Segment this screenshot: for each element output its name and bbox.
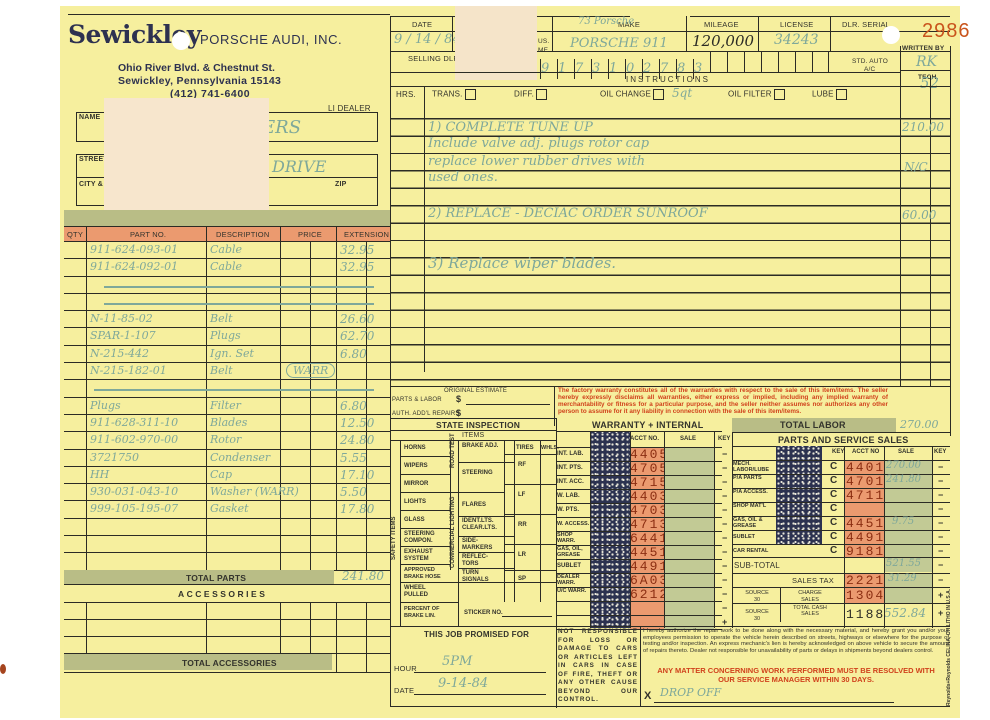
col-part-no: PART NO. [130,230,166,239]
total-parts-bar: TOTAL PARTS [64,570,334,584]
street-value: DRIVE [272,157,326,176]
col-qty: QTY [67,230,83,239]
written-by-label: WRITTEN BY [902,45,944,52]
subtotal-row[interactable]: SUB-TOTAL 521.55 − [732,558,950,574]
date-value: 9 / 14 / 84 [394,32,461,47]
parts-row[interactable]: 911-624-092-01Cable32.95 [64,259,390,276]
parts-row[interactable]: SPAR-1-107Plugs62.70 [64,328,390,345]
col-description: DESCRIPTION [216,230,269,239]
mileage-value: 120,000 [692,32,754,50]
instruction-line: Include valve adj. plugs rotor cap [428,136,649,151]
warranty-row[interactable]: SUBLET4491− [556,560,722,574]
form-number: 2986 [922,20,971,43]
stain-mark [0,664,6,674]
col-extension: EXTENSION [344,230,389,239]
total-labor-value: 270.00 [900,418,939,431]
parts-row[interactable]: 911-602-970-00Rotor24.80 [64,432,390,449]
instruction-line: replace lower rubber drives with [428,154,645,169]
oil-filter-option[interactable]: OIL FILTER [728,89,785,100]
sales-col-headers: KEY ACCT NO SALE KEY [732,446,950,460]
city-label: CITY & [79,181,103,188]
sales-row[interactable]: MECH. LABOR/LUBEC4401270.00− [732,460,950,474]
sales-row[interactable]: CAR RENTALC9181− [732,544,950,558]
sticker-input[interactable] [502,616,552,617]
instruction-line: 2) REPLACE - DECIAC ORDER SUNROOF [428,206,708,221]
parts-row[interactable] [64,519,390,536]
parts-row[interactable]: 999-105-195-07Gasket17.80 [64,501,390,518]
trans-checkbox[interactable] [465,89,476,100]
parts-row[interactable]: PlugsFilter6.80 [64,398,390,415]
selling-dlr-label: SELLING DLR. [408,54,461,63]
written-by-value: RK [916,54,937,70]
top-rule [68,14,390,15]
license-value: 34243 [774,32,819,48]
not-responsible-notice: NOT RESPONSIBLE FOR LOSS OR DAMAGE TO CA… [558,628,638,705]
parts-row[interactable]: 930-031-043-10Washer (WARR)5.50 [64,484,390,501]
total-labor-label: TOTAL LABOR [780,420,846,430]
sales-row[interactable]: GAS, OIL & GREASEC44519.75− [732,516,950,530]
sales-row[interactable]: P/A ACCESS.C4711− [732,488,950,502]
total-accessories-bar: TOTAL ACCESSORIES [64,654,332,670]
parts-row[interactable]: N-215-182-01BeltWARR [64,363,390,380]
total-parts-label: TOTAL PARTS [186,573,246,583]
redaction-block-top [455,6,537,80]
diff-option[interactable]: DIFF. [514,89,547,100]
punch-hole [172,32,190,50]
date-input[interactable] [414,694,546,695]
original-estimate: ORIGINAL ESTIMATE PARTS & LABOR $ AUTH. … [390,386,554,420]
parts-row[interactable]: 3721750Condenser5.55 [64,450,390,467]
parts-row[interactable] [64,380,390,397]
instruction-amount: 60.00 [902,208,936,222]
warranty-row[interactable]: W. LAB.4403− [556,490,722,504]
name-label: NAME [79,114,100,121]
hour-input[interactable] [414,672,546,673]
signature-line[interactable] [654,702,894,703]
warranty-row[interactable]: − [556,602,722,616]
hrs-label: HRS. [396,90,416,99]
mileage-label: MILEAGE [704,20,739,29]
warranty-row[interactable]: SHOP WARR.6441− [556,532,722,546]
col-price: PRICE [298,230,322,239]
lube-option[interactable]: LUBE [812,89,847,100]
punch-hole [882,26,900,44]
parts-row[interactable]: N-215-442Ign. Set6.80 [64,346,390,363]
inspection-items-label: ITEMS [462,432,484,439]
instruction-line: 1) COMPLETE TUNE UP [428,120,593,135]
cash-sales-row[interactable]: SOURCE 30 TOTAL CASH SALES 1188 552.84 + [732,604,950,626]
oil-change-option[interactable]: OIL CHANGE [600,89,664,100]
dealer-address-2: Sewickley, Pennsylvania 15143 [118,75,281,87]
trans-option[interactable]: TRANS. [432,89,476,100]
total-parts-value: 241.80 [342,569,384,583]
hour-value: 5PM [442,654,472,669]
service-options-row: HRS. TRANS. DIFF. OIL CHANGE 5qt OIL FIL… [390,86,900,102]
inspection-grid[interactable]: SAFETY ITEMS ROAD TEST COMMERCIAL LIGHTI… [390,440,556,626]
sales-row[interactable]: SUBLETC4491− [732,530,950,544]
oil-change-checkbox[interactable] [653,89,664,100]
signature-value: DROP OFF [660,686,721,699]
sales-row[interactable]: P/A PARTSC4701241.80− [732,474,950,488]
warranty-row[interactable]: INT. ACC.4715− [556,476,722,490]
vin-boxes[interactable]: 9173102783 [540,52,829,72]
dealer-address-1: Ohio River Blvd. & Chestnut St. [118,62,275,74]
parts-row[interactable]: 911-628-311-10Blades12.50 [64,415,390,432]
parts-row[interactable]: HHCap17.10 [64,467,390,484]
charge-sales-row[interactable]: SOURCE 30 CHARGE SALES 1304 + [732,588,950,604]
model-value: PORSCHE 911 [570,36,668,51]
parts-row[interactable]: 911-624-093-01Cable32.95 [64,242,390,259]
warranty-row[interactable]: W. PTS.4703− [556,504,722,518]
printer-note: Reynolds+Reynolds CELINA, OH LITHO IN U.… [946,589,952,706]
promised-header: THIS JOB PROMISED FOR [424,630,529,639]
serial-label: DLR. SERIAL [842,20,890,29]
lube-checkbox[interactable] [836,89,847,100]
zip-label: ZIP [335,181,347,188]
repair-order-form: Sewickley PORSCHE AUDI, INC. Ohio River … [60,6,960,718]
parts-row[interactable]: N-11-85-02Belt26.60 [64,311,390,328]
job-promised-box: THIS JOB PROMISED FOR HOUR 5PM DATE 9-14… [390,626,556,706]
make-value: 73 Porsche [578,16,634,27]
warranty-internal-rows: INT. LAB.4405− INT. PTS.4705− INT. ACC.4… [556,448,722,630]
dealer-company: PORSCHE AUDI, INC. [200,32,342,47]
warranty-row[interactable]: W. ACCESS.4713− [556,518,722,532]
instruction-amount: N/C [904,160,928,174]
parts-header: QTY PART NO. DESCRIPTION PRICE EXTENSION [64,226,390,242]
oil-change-note: 5qt [672,86,692,100]
promised-date-value: 9-14-84 [438,676,488,691]
estimate-input[interactable] [466,404,550,405]
warranty-row[interactable]: INT. PTS.4705− [556,462,722,476]
parts-row[interactable] [64,294,390,311]
instruction-amount: 210.00 [902,120,944,134]
sales-rows: MECH. LABOR/LUBEC4401270.00− P/A PARTSC4… [732,460,950,558]
service-manager-warning: ANY MATTER CONCERNING WORK PERFORMED MUS… [656,666,936,684]
accessories-label: ACCESSORIES [178,589,267,599]
total-accessories-label: TOTAL ACCESSORIES [182,658,277,668]
diff-checkbox[interactable] [536,89,547,100]
instruction-line: 3) Replace wiper blades. [428,254,616,272]
signature-x: X [644,690,652,702]
parts-row[interactable] [64,536,390,553]
sales-row[interactable]: SHOP MAT'LC− [732,502,950,516]
warranty-row[interactable]: GAS, OIL, GREASE4451− [556,546,722,560]
oil-filter-checkbox[interactable] [774,89,785,100]
parts-row[interactable] [64,277,390,294]
warranty-row[interactable]: U/C WARR.6212− [556,588,722,602]
warranty-disclaimer: The factory warranty constitutes all of … [558,387,888,415]
date-label: DATE [394,686,414,695]
sales-tax-row[interactable]: SALES TAX 2221 31.29 − [732,574,950,588]
instructions-header: INSTRUCTIONS [626,75,710,84]
license-label: LICENSE [780,20,814,29]
parts-service-sales-header: PARTS AND SERVICE SALES [778,435,908,445]
warranty-col-headers: ACCT NO. SALE KEY [556,432,722,448]
warranty-row[interactable]: INT. LAB.4405− [556,448,722,462]
redaction-block [104,98,269,224]
warranty-internal-header: WARRANTY + INTERNAL [556,418,722,432]
gray-bar [64,210,390,226]
state-inspection-header: STATE INSPECTION [436,420,520,430]
date-label: DATE [412,20,432,29]
total-labor-bar: TOTAL LABOR [732,418,896,432]
authorization-text: I hereby authorize the repair work to be… [643,628,949,654]
warranty-row[interactable]: DEALER WARR.6A03− [556,574,722,588]
instruction-line: used ones. [428,170,498,185]
parts-rows: 911-624-093-01Cable32.95 911-624-092-01C… [64,242,390,571]
